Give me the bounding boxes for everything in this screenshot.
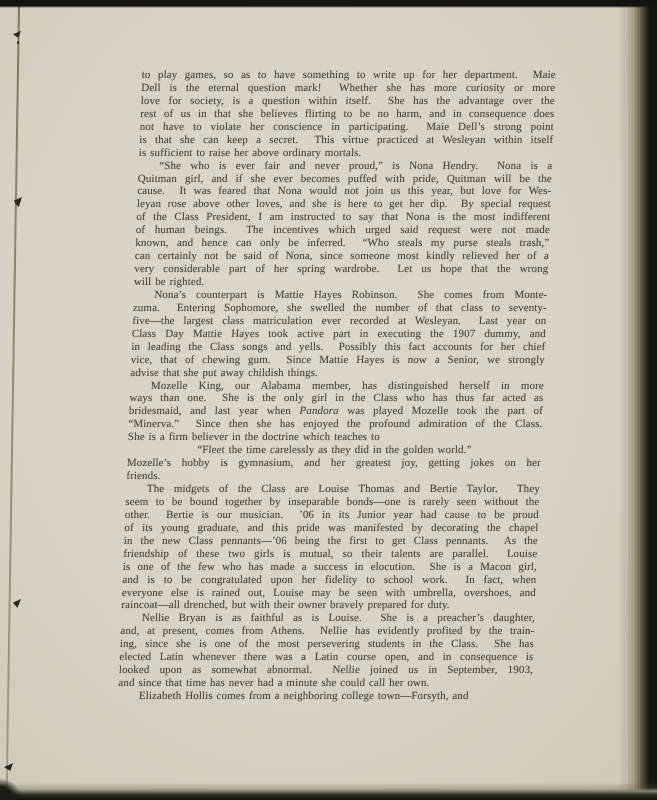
text-line: is one of the few who has made a success… <box>123 561 537 574</box>
text-line: of the Class President, I am instructed … <box>136 211 550 224</box>
paragraph: to play games, so as to have something t… <box>139 69 556 160</box>
paragraph: “She who is ever fair and never proud,” … <box>134 160 553 289</box>
text-line: can certainly not be said of Nona, since… <box>135 250 549 263</box>
text-line: in the new Class pennants—’06 being the … <box>124 535 538 548</box>
text-line: bridesmaid, and last year when Pandora w… <box>129 405 543 418</box>
text-line: Class Day Mattie Hayes took active part … <box>132 328 546 341</box>
text-block: to play games, so as to have something t… <box>118 69 556 703</box>
text-line: rest of us in that she believes flirting… <box>140 108 554 121</box>
text-line: to play games, so as to have something t… <box>142 69 556 82</box>
text-line: raincoat—all drenched, but with their ow… <box>121 599 535 612</box>
text-line: ing, since she is one of the most persev… <box>120 638 534 651</box>
text-line: everyone else is rained out, Louise may … <box>122 587 536 600</box>
text-line: advise that she put away childish things… <box>130 367 544 380</box>
text-line: Mozelle King, our Alabama member, has di… <box>130 380 544 393</box>
text-line: zuma. Entering Sophomore, she swelled th… <box>133 302 547 315</box>
text-line: friendship of these two girls is mutual,… <box>123 548 537 561</box>
text-line: is that she can keep a secret. This virt… <box>139 134 553 147</box>
text-line: cause. It was feared that Nona would not… <box>137 185 551 198</box>
scanned-page-root: to play games, so as to have something t… <box>0 0 657 800</box>
scan-corner-shadow <box>0 770 26 800</box>
scan-bottom-border <box>0 782 657 800</box>
text-line: “She who is ever fair and never proud,” … <box>138 160 552 173</box>
text-line: The midgets of the Class are Louise Thom… <box>126 483 540 496</box>
text-line: friends. <box>126 470 540 483</box>
paragraph: The midgets of the Class are Louise Thom… <box>121 483 540 612</box>
text-line: in leading the Class songs and yells. Po… <box>131 341 545 354</box>
text-line: ways than one. She is the only girl in t… <box>129 392 543 405</box>
text-line: of human beings. The incentives which ur… <box>136 224 550 237</box>
scan-top-border <box>0 0 657 8</box>
text-line: “Fleet the time carelessly as they did i… <box>127 444 541 457</box>
text-line: not have to violate her conscience in pa… <box>140 121 554 134</box>
binding-mark-icon <box>13 599 21 608</box>
text-line: five—the largest class matriculation eve… <box>132 315 546 328</box>
text-line: and, at present, comes from Athens. Nell… <box>120 625 534 638</box>
text-line: other. Bertie is our musician. ’06 in it… <box>125 509 539 522</box>
paragraph: Nellie Bryan is as faithful as is Louise… <box>118 612 535 690</box>
text-line: of its young graduate, and this pride wa… <box>124 522 538 535</box>
text-line: very considerable part of her spring war… <box>134 263 548 276</box>
text-line: She is a firm believer in the doctrine w… <box>128 431 542 444</box>
text-line: Nona’s counterpart is Mattie Hayes Robin… <box>133 289 547 302</box>
text-line: “Minerva.” Since then she has enjoyed th… <box>128 418 542 431</box>
binding-mark-icon <box>17 41 19 44</box>
text-line: leyan rose above other loves, and she is… <box>137 198 551 211</box>
text-line: Elizabeth Hollis comes from a neighborin… <box>118 690 532 703</box>
paragraph: Nona’s counterpart is Mattie Hayes Robin… <box>130 289 547 380</box>
book-fore-edge <box>619 0 657 800</box>
text-line: looked upon as somewhat abnormal. Nellie… <box>119 664 533 677</box>
text-line: vice, that of chewing gum. Since Mattie … <box>131 354 545 367</box>
paragraph: Mozelle King, our Alabama member, has di… <box>126 380 544 484</box>
text-line: Quitman girl, and if she ever becomes pu… <box>138 173 552 186</box>
text-line: love for society, is a question within i… <box>141 95 555 108</box>
text-line: Dell is the eternal question mark! Wheth… <box>141 82 555 95</box>
text-line: Nellie Bryan is as faithful as is Louise… <box>121 612 535 625</box>
text-line: seem to be bound together by inseparable… <box>125 496 539 509</box>
text-line: and is to be congratulated upon her fide… <box>122 574 536 587</box>
page-fold-line <box>6 6 20 792</box>
paragraph: Elizabeth Hollis comes from a neighborin… <box>118 690 532 703</box>
text-line: will be righted. <box>134 276 548 289</box>
text-line: known, and hence can only be inferred. “… <box>135 237 549 250</box>
text-line: Mozelle’s hobby is gymnasium, and her gr… <box>127 457 541 470</box>
text-line: and since that time has never had a minu… <box>118 677 532 690</box>
text-line: is sufficient to raise her above ordinar… <box>139 147 553 160</box>
text-line: elected Latin whenever there was a Latin… <box>119 651 533 664</box>
